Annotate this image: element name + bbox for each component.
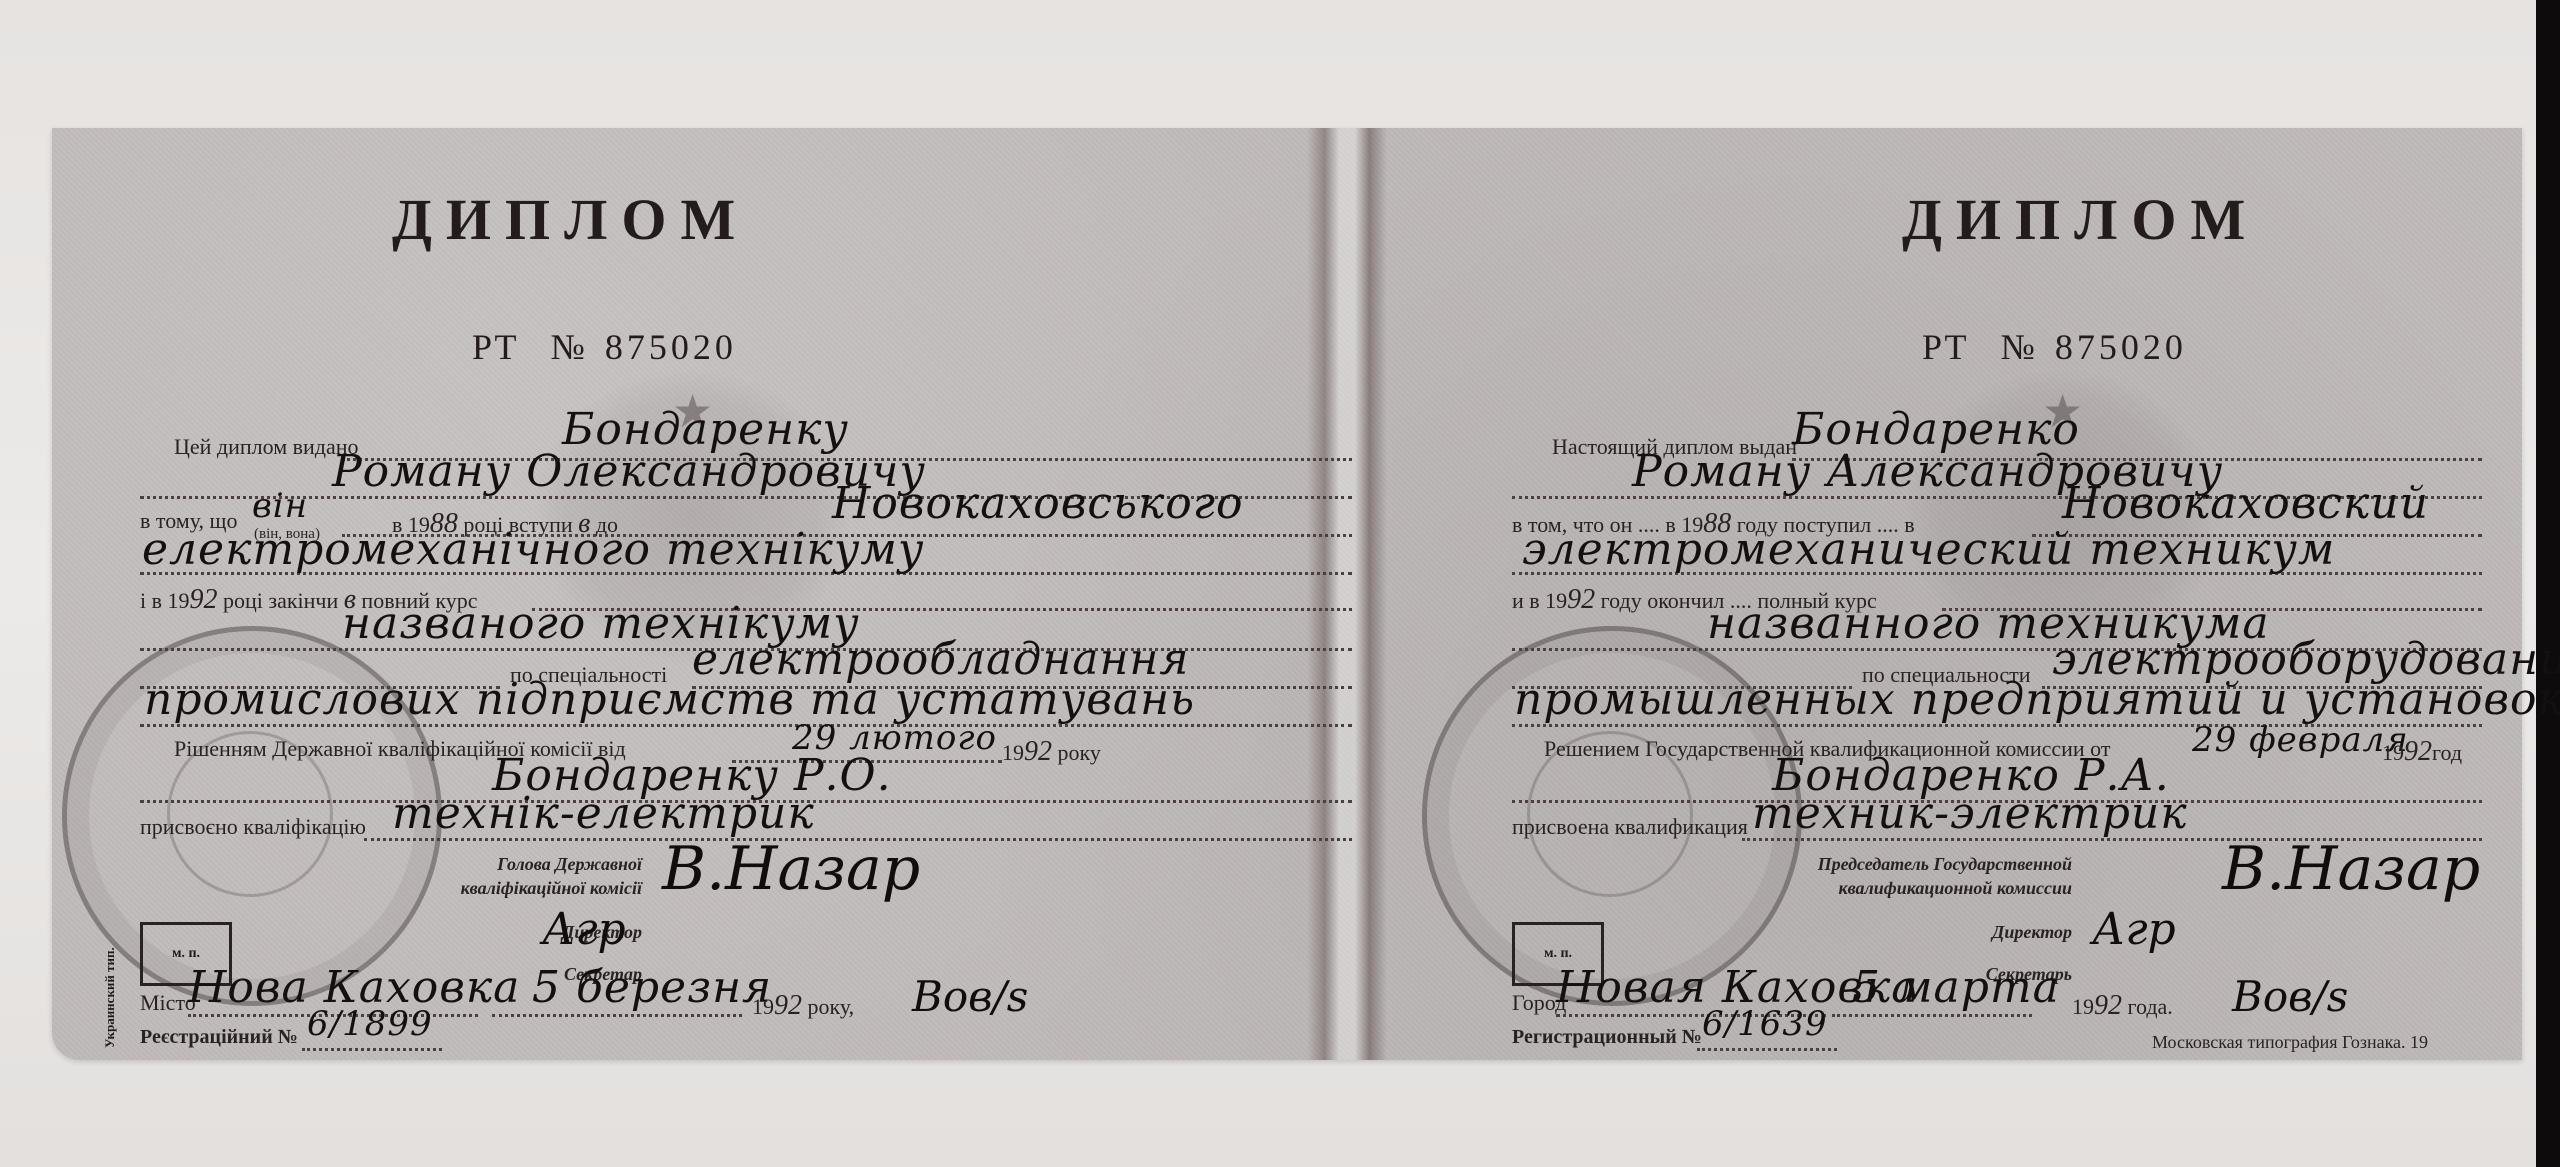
center-fold xyxy=(1307,128,1387,1060)
registration-number: 6/1899 xyxy=(307,1004,433,1044)
dotted-line xyxy=(492,1014,742,1017)
director-label: Директор xyxy=(1712,922,2072,943)
director-signature: Агр xyxy=(2092,904,2176,955)
serial-number: РТ№875020 xyxy=(1922,326,2187,368)
chair-title-1: Голова Державної xyxy=(302,854,642,875)
registration-label: Реєстраційний № xyxy=(140,1026,298,1049)
institution-name-2: электромеханический техникум xyxy=(1522,524,2335,575)
dotted-line xyxy=(1697,1048,1837,1051)
serial-value: 875020 xyxy=(605,327,737,367)
side-print-imprint: Украинский тип. xyxy=(102,947,118,1048)
serial-value: 875020 xyxy=(2055,327,2187,367)
dotted-line xyxy=(302,1048,442,1051)
director-signature: Агр xyxy=(542,904,626,955)
printer-imprint: Московская типография Гознака. 19 xyxy=(2152,1032,2428,1053)
institution-name-2: електромеханічного технікуму xyxy=(142,524,924,575)
decision-year: 1992 року xyxy=(1002,736,1101,768)
registration-label: Регистрационный № xyxy=(1512,1026,1702,1049)
chair-title-2: квалификационной комиссии xyxy=(1712,878,2072,899)
background-edge xyxy=(2536,0,2560,1167)
specialty-value-2: промышленных предприятий и установок xyxy=(1514,674,2560,725)
pronoun: він xyxy=(252,486,308,526)
issue-date: 5 березня xyxy=(532,962,772,1013)
left-page: ★ ДИПЛОМ РТ№875020 Цей диплом видано Бон… xyxy=(92,128,1282,1060)
serial-prefix: РТ xyxy=(472,327,518,367)
chair-title-1: Председатель Государственной xyxy=(1712,854,2072,875)
dotted-line xyxy=(1832,1014,2032,1017)
chair-signature: В.Назар xyxy=(2222,834,2480,904)
decision-year: 1992год xyxy=(2382,736,2462,768)
serial-number: РТ№875020 xyxy=(472,326,737,368)
decision-date: 29 февраля xyxy=(2192,720,2409,760)
qualification-value: техник-электрик xyxy=(1752,788,2188,839)
issue-year: 1992 року, xyxy=(752,990,854,1022)
number-sign: № xyxy=(2000,327,2036,367)
issued-label: Цей диплом видано xyxy=(174,434,359,460)
qualification-value: технік-електрик xyxy=(392,788,815,839)
institution-name-1: Новокаховский xyxy=(2062,478,2429,529)
secretary-signature: Вов/s xyxy=(2232,972,2348,1021)
chair-signature: В.Назар xyxy=(662,834,920,904)
institution-name-1: Новокаховського xyxy=(832,478,1243,529)
serial-prefix: РТ xyxy=(1922,327,1968,367)
diploma-document: ★ ДИПЛОМ РТ№875020 Цей диплом видано Бон… xyxy=(52,128,2522,1060)
page-title: ДИПЛОМ xyxy=(392,186,749,253)
chair-title-2: кваліфікаційної комісії xyxy=(302,878,642,899)
qualification-label: присвоєно кваліфікацію xyxy=(140,814,366,840)
specialty-value-2: промислових підприємств та устатувань xyxy=(144,674,1195,725)
registration-number: 6/1639 xyxy=(1702,1004,1828,1044)
issue-date: 5 марта xyxy=(1852,962,2060,1013)
secretary-signature: Вов/s xyxy=(912,972,1028,1021)
page-title: ДИПЛОМ xyxy=(1902,186,2259,253)
qualification-label: присвоена квалификация xyxy=(1512,814,1748,840)
issue-year: 1992 года. xyxy=(2072,990,2173,1022)
right-page: ★ ДИПЛОМ РТ№875020 Настоящий диплом выда… xyxy=(1432,128,2492,1060)
number-sign: № xyxy=(550,327,586,367)
